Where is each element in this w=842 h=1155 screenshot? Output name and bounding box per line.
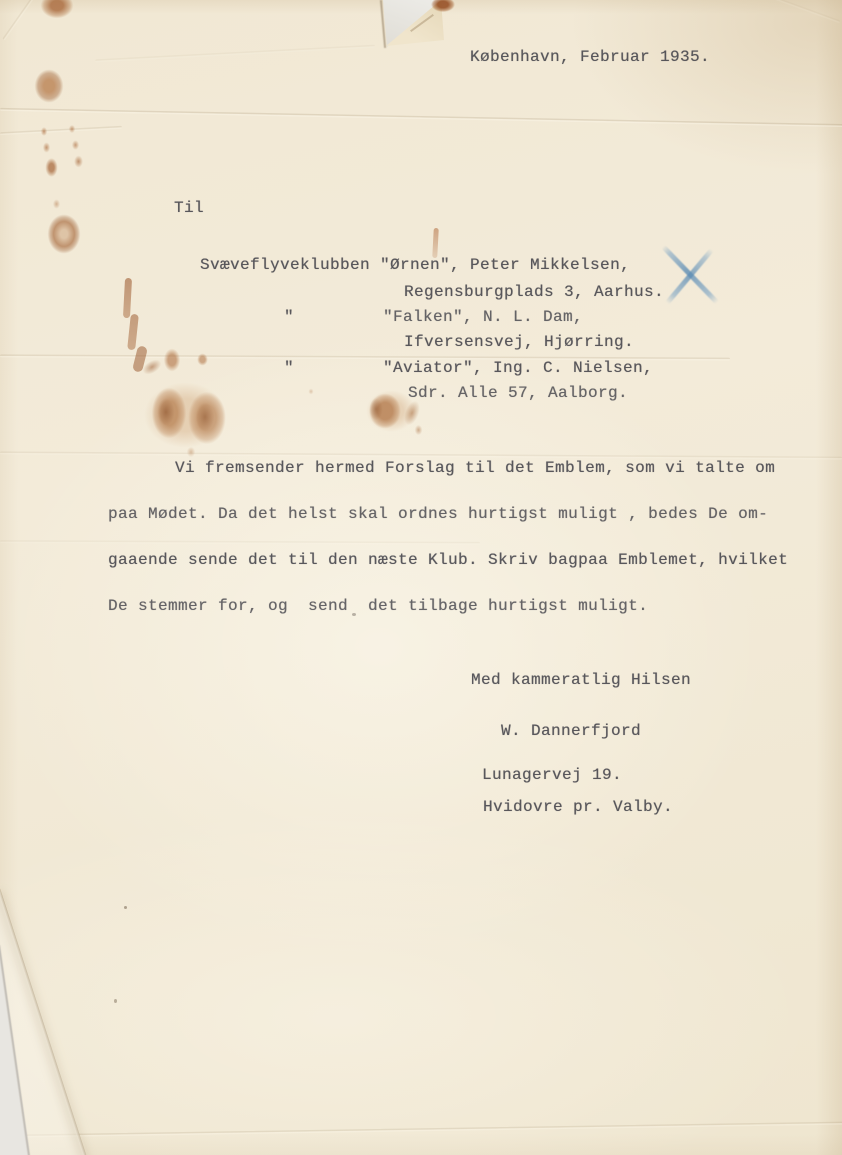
speck bbox=[114, 999, 117, 1003]
dateline: København, Februar 1935. bbox=[470, 47, 710, 67]
stain-right-core bbox=[366, 390, 404, 432]
paper-texture bbox=[0, 0, 842, 1155]
recipient-address-line: Sdr. Alle 57, Aalborg. bbox=[408, 383, 628, 403]
stain-twin-left bbox=[148, 382, 190, 444]
closing: Med kammeratlig Hilsen bbox=[471, 670, 691, 690]
crease-under-tear bbox=[95, 45, 375, 63]
scanner-background-wedge bbox=[0, 0, 842, 1155]
ditto-mark: " bbox=[284, 307, 294, 327]
stain-tail-dot bbox=[52, 198, 61, 210]
sender-city: Hvidovre pr. Valby. bbox=[483, 797, 673, 817]
recipient-club-line: "Aviator", Ing. C. Nielsen, bbox=[383, 358, 653, 378]
cross-stroke bbox=[665, 248, 714, 305]
recipient-address-line: Ifversensvej, Hjørring. bbox=[404, 332, 634, 352]
drip-dot bbox=[40, 126, 48, 137]
drip-hook bbox=[138, 355, 166, 380]
body-line-3: gaaende sende det til den næste Klub. Sk… bbox=[108, 550, 788, 570]
drip-streak bbox=[132, 345, 148, 373]
crease-bottom bbox=[25, 1122, 842, 1138]
drip-streak bbox=[127, 314, 139, 351]
stain-twin-right bbox=[184, 386, 230, 450]
blob bbox=[162, 346, 182, 374]
stain-round-mid bbox=[44, 210, 84, 258]
drip-dot bbox=[42, 141, 51, 154]
body-line-2: paa Mødet. Da det helst skal ordnes hurt… bbox=[108, 504, 768, 524]
crease-faint bbox=[0, 540, 480, 545]
scanned-letter-page: København, Februar 1935. Til Svæveflyvek… bbox=[0, 0, 842, 1155]
recipient-club-line: "Falken", N. L. Dam, bbox=[383, 307, 583, 327]
stain-round-upper bbox=[30, 64, 68, 108]
cross-stroke bbox=[661, 245, 719, 305]
sender-street: Lunagervej 19. bbox=[482, 765, 622, 785]
stain-drip-below bbox=[186, 446, 196, 458]
crease-corner-top-left bbox=[2, 0, 35, 40]
ditto-mark: " bbox=[284, 358, 294, 378]
drip-dot bbox=[71, 139, 80, 151]
stain-right-drip bbox=[414, 424, 423, 436]
blue-cross-annotation bbox=[655, 238, 725, 308]
drip-dot bbox=[68, 124, 76, 134]
body-line-1: Vi fremsender hermed Forslag til det Emb… bbox=[175, 458, 775, 478]
signature-name: W. Dannerfjord bbox=[501, 721, 641, 741]
stain-twin-core-left bbox=[156, 396, 176, 428]
crease-corner-top-right bbox=[772, 0, 841, 23]
speck bbox=[124, 906, 127, 909]
stain-twin-core-right bbox=[194, 400, 216, 434]
stain-right-dark bbox=[368, 396, 384, 422]
salutation: Til bbox=[174, 198, 204, 218]
fold-region-tint bbox=[0, 0, 842, 1155]
drip-dot bbox=[73, 154, 84, 169]
faint-dot bbox=[308, 388, 314, 395]
crease-top bbox=[0, 108, 842, 127]
drip-dot bbox=[44, 156, 59, 179]
rust-streak-small bbox=[432, 228, 439, 258]
crease-top-left-branch bbox=[0, 126, 122, 135]
recipient-club-line: Svæveflyveklubben "Ørnen", Peter Mikkels… bbox=[200, 255, 630, 275]
fold-shadow bbox=[0, 890, 91, 1155]
stain-twin-halo bbox=[134, 374, 236, 456]
body-line-4: De stemmer for, og send det tilbage hurt… bbox=[108, 596, 648, 616]
blob bbox=[196, 352, 209, 367]
drip-streak bbox=[123, 278, 132, 318]
stain-top-edge bbox=[36, 0, 78, 22]
recipient-address-line: Regensburgplads 3, Aarhus. bbox=[404, 282, 664, 302]
